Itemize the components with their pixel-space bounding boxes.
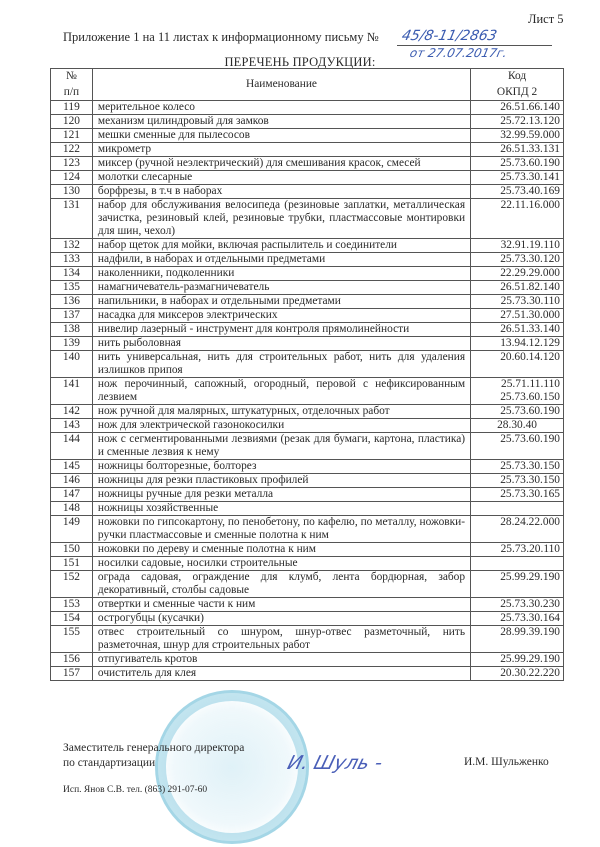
okpd2-code: 28.99.39.190	[471, 626, 564, 653]
row-number: 132	[51, 239, 93, 253]
okpd2-code-value: 25.73.30.165	[471, 488, 560, 501]
okpd2-code: 25.99.29.190	[471, 653, 564, 667]
row-number: 140	[51, 351, 93, 378]
appendix-caption: Приложение 1 на 11 листах к информационн…	[63, 30, 379, 45]
table-row: 153отвертки и сменные части к ним25.73.3…	[51, 598, 564, 612]
product-name: намагничеватель-размагничеватель	[92, 281, 470, 295]
product-name: нож перочинный, сапожный, огородный, пер…	[92, 378, 470, 405]
header-code: Код ОКПД 2	[471, 69, 564, 101]
okpd2-code	[471, 502, 564, 516]
okpd2-code-value: 20.60.14.120	[471, 351, 560, 364]
okpd2-code-value: 25.73.30.141	[471, 171, 560, 184]
row-number: 148	[51, 502, 93, 516]
okpd2-code: 25.73.30.165	[471, 488, 564, 502]
okpd2-code: 22.11.16.000	[471, 199, 564, 239]
row-number: 141	[51, 378, 93, 405]
table-row: 154острогубцы (кусачки)25.73.30.164	[51, 612, 564, 626]
product-name: механизм цилиндровый для замков	[92, 115, 470, 129]
product-name: ножовки по гипсокартону, по пенобетону, …	[92, 516, 470, 543]
okpd2-code-value: 26.51.33.131	[471, 143, 560, 156]
okpd2-code-value: 25.73.60.190	[471, 157, 560, 170]
row-number: 137	[51, 309, 93, 323]
okpd2-code: 25.73.20.110	[471, 543, 564, 557]
okpd2-code-value: 26.51.33.140	[471, 323, 560, 336]
okpd2-code: 25.73.60.190	[471, 157, 564, 171]
table-row: 133надфили, в наборах и отдельными предм…	[51, 253, 564, 267]
okpd2-code: 25.73.30.150	[471, 474, 564, 488]
okpd2-code-value: 25.73.30.150	[471, 460, 560, 473]
position-line-2: по стандартизации	[63, 756, 244, 771]
table-row: 130борфрезы, в т.ч в наборах25.73.40.169	[51, 185, 564, 199]
okpd2-code-value: 13.94.12.129	[471, 337, 560, 350]
product-name: нивелир лазерный - инструмент для контро…	[92, 323, 470, 337]
product-name: ножницы хозяйственные	[92, 502, 470, 516]
product-name: напильники, в наборах и отдельными предм…	[92, 295, 470, 309]
okpd2-code: 28.24.22.000	[471, 516, 564, 543]
product-name: насадка для миксеров электрических	[92, 309, 470, 323]
row-number: 131	[51, 199, 93, 239]
okpd2-code: 13.94.12.129	[471, 337, 564, 351]
row-number: 133	[51, 253, 93, 267]
okpd2-code-value: 22.11.16.000	[471, 199, 560, 212]
row-number: 136	[51, 295, 93, 309]
okpd2-code-value: 25.73.30.230	[471, 598, 560, 611]
okpd2-code-value: 25.73.30.164	[471, 612, 560, 625]
okpd2-code: 32.99.59.000	[471, 129, 564, 143]
row-number: 152	[51, 571, 93, 598]
okpd2-code: 27.51.30.000	[471, 309, 564, 323]
product-name: отпугиватель кротов	[92, 653, 470, 667]
row-number: 145	[51, 460, 93, 474]
okpd2-code: 26.51.66.140	[471, 101, 564, 115]
okpd2-code: 20.30.22.220	[471, 667, 564, 681]
okpd2-code-value: 25.73.30.150	[471, 474, 560, 487]
signatory-position: Заместитель генерального директора по ст…	[63, 741, 244, 771]
header-number: № п/п	[51, 69, 93, 101]
okpd2-code: 25.73.30.110	[471, 295, 564, 309]
row-number: 150	[51, 543, 93, 557]
row-number: 121	[51, 129, 93, 143]
product-name: набор щеток для мойки, включая распылите…	[92, 239, 470, 253]
okpd2-code: 25.73.30.164	[471, 612, 564, 626]
table-row: 141нож перочинный, сапожный, огородный, …	[51, 378, 564, 405]
okpd2-code: 25.73.30.150	[471, 460, 564, 474]
product-name: молотки слесарные	[92, 171, 470, 185]
product-name: носилки садовые, носилки строительные	[92, 557, 470, 571]
okpd2-code-value: 25.99.29.190	[471, 571, 560, 584]
product-name: отвес строительный со шнуром, шнур-отвес…	[92, 626, 470, 653]
table-row: 144нож с сегментированными лезвиями (рез…	[51, 433, 564, 460]
table-row: 140нить универсальная, нить для строител…	[51, 351, 564, 378]
row-number: 122	[51, 143, 93, 157]
table-row: 119мерительное колесо26.51.66.140	[51, 101, 564, 115]
okpd2-code-value: 32.91.19.110	[471, 239, 560, 252]
product-name: острогубцы (кусачки)	[92, 612, 470, 626]
okpd2-code: 25.73.30.120	[471, 253, 564, 267]
okpd2-code: 26.51.33.131	[471, 143, 564, 157]
product-name: набор для обслуживания велосипеда (резин…	[92, 199, 470, 239]
row-number: 156	[51, 653, 93, 667]
row-number: 144	[51, 433, 93, 460]
table-row: 121мешки сменные для пылесосов32.99.59.0…	[51, 129, 564, 143]
okpd2-code-value: 25.73.40.169	[471, 185, 560, 198]
table-header-row: № п/п Наименование Код ОКПД 2	[51, 69, 564, 101]
product-name: ножницы для резки пластиковых профилей	[92, 474, 470, 488]
table-row: 138нивелир лазерный - инструмент для кон…	[51, 323, 564, 337]
okpd2-code-value: 25.73.60.150	[471, 391, 560, 404]
table-row: 124молотки слесарные25.73.30.141	[51, 171, 564, 185]
row-number: 138	[51, 323, 93, 337]
table-row: 136напильники, в наборах и отдельными пр…	[51, 295, 564, 309]
product-name: нож с сегментированными лезвиями (резак …	[92, 433, 470, 460]
okpd2-code-value: 25.71.11.110	[471, 378, 560, 391]
header-code-line1: Код	[508, 70, 526, 82]
okpd2-code: 22.29.29.000	[471, 267, 564, 281]
row-number: 143	[51, 419, 93, 433]
row-number: 154	[51, 612, 93, 626]
okpd2-code: 26.51.33.140	[471, 323, 564, 337]
okpd2-code-value: 22.29.29.000	[471, 267, 560, 280]
row-number: 153	[51, 598, 93, 612]
row-number: 120	[51, 115, 93, 129]
row-number: 146	[51, 474, 93, 488]
okpd2-code	[471, 557, 564, 571]
table-row: 150ножовки по дереву и сменные полотна к…	[51, 543, 564, 557]
okpd2-code: 26.51.82.140	[471, 281, 564, 295]
row-number: 157	[51, 667, 93, 681]
okpd2-code: 25.73.30.141	[471, 171, 564, 185]
product-name: ограда садовая, ограждение для клумб, ле…	[92, 571, 470, 598]
product-name: мерительное колесо	[92, 101, 470, 115]
header-code-line2: ОКПД 2	[497, 86, 537, 98]
okpd2-code-value: 25.99.29.190	[471, 653, 560, 666]
table-row: 122микрометр26.51.33.131	[51, 143, 564, 157]
table-row: 120механизм цилиндровый для замков25.72.…	[51, 115, 564, 129]
product-name: микрометр	[92, 143, 470, 157]
handwritten-signature: И. Шуль -	[285, 752, 385, 774]
okpd2-code-value: 25.73.30.110	[471, 295, 560, 308]
header-number-line2: п/п	[64, 86, 79, 98]
table-row: 147ножницы ручные для резки металла25.73…	[51, 488, 564, 502]
product-name: отвертки и сменные части к ним	[92, 598, 470, 612]
row-number: 155	[51, 626, 93, 653]
okpd2-code-value: 25.73.60.190	[471, 405, 560, 418]
product-name: ножницы болторезные, болторез	[92, 460, 470, 474]
executor-contact: Исп. Янов С.В. тел. (863) 291-07-60	[63, 785, 207, 795]
okpd2-code: 32.91.19.110	[471, 239, 564, 253]
product-table: № п/п Наименование Код ОКПД 2 119мерител…	[50, 68, 564, 681]
row-number: 149	[51, 516, 93, 543]
okpd2-code-value: 26.51.82.140	[471, 281, 560, 294]
okpd2-code-value: 25.72.13.120	[471, 115, 560, 128]
okpd2-code-value: 25.73.60.190	[471, 433, 560, 446]
okpd2-code-value: 20.30.22.220	[471, 667, 560, 680]
header-number-line1: №	[66, 70, 77, 82]
product-name: борфрезы, в т.ч в наборах	[92, 185, 470, 199]
okpd2-code-value: 28.24.22.000	[471, 516, 560, 529]
row-number: 147	[51, 488, 93, 502]
row-number: 151	[51, 557, 93, 571]
okpd2-code: 25.71.11.11025.73.60.150	[471, 378, 564, 405]
okpd2-code: 25.73.40.169	[471, 185, 564, 199]
table-row: 123миксер (ручной неэлектрический) для с…	[51, 157, 564, 171]
okpd2-code-value: 28.99.39.190	[471, 626, 560, 639]
table-row: 152ограда садовая, ограждение для клумб,…	[51, 571, 564, 598]
table-row: 155отвес строительный со шнуром, шнур-от…	[51, 626, 564, 653]
table-row: 148ножницы хозяйственные	[51, 502, 564, 516]
table-row: 151носилки садовые, носилки строительные	[51, 557, 564, 571]
okpd2-code: 25.73.60.190	[471, 433, 564, 460]
table-row: 146ножницы для резки пластиковых профиле…	[51, 474, 564, 488]
table-row: 157очиститель для клея20.30.22.220	[51, 667, 564, 681]
product-name: очиститель для клея	[92, 667, 470, 681]
row-number: 130	[51, 185, 93, 199]
position-line-1: Заместитель генерального директора	[63, 741, 244, 756]
row-number: 124	[51, 171, 93, 185]
product-name: нож для электрической газонокосилки	[92, 419, 470, 433]
okpd2-code: 28.30.40	[471, 419, 564, 433]
table-row: 145ножницы болторезные, болторез25.73.30…	[51, 460, 564, 474]
table-row: 132набор щеток для мойки, включая распыл…	[51, 239, 564, 253]
okpd2-code-value	[471, 557, 560, 570]
okpd2-code: 20.60.14.120	[471, 351, 564, 378]
okpd2-code: 25.72.13.120	[471, 115, 564, 129]
table-body: 119мерительное колесо26.51.66.140120меха…	[51, 101, 564, 681]
table-row: 156отпугиватель кротов25.99.29.190	[51, 653, 564, 667]
okpd2-code-value: 27.51.30.000	[471, 309, 560, 322]
okpd2-code-value: 28.30.40	[471, 419, 563, 432]
table-row: 139нить рыболовная13.94.12.129	[51, 337, 564, 351]
table-row: 143нож для электрической газонокосилки28…	[51, 419, 564, 433]
product-name: ножницы ручные для резки металла	[92, 488, 470, 502]
table-row: 142нож ручной для малярных, штукатурных,…	[51, 405, 564, 419]
table-row: 149ножовки по гипсокартону, по пенобетон…	[51, 516, 564, 543]
table-row: 131набор для обслуживания велосипеда (ре…	[51, 199, 564, 239]
row-number: 139	[51, 337, 93, 351]
table-row: 134наколенники, подколенники22.29.29.000	[51, 267, 564, 281]
table-row: 135намагничеватель-размагничеватель26.51…	[51, 281, 564, 295]
okpd2-code-value: 26.51.66.140	[471, 101, 560, 114]
okpd2-code-value: 32.99.59.000	[471, 129, 560, 142]
product-name: нить универсальная, нить для строительны…	[92, 351, 470, 378]
row-number: 119	[51, 101, 93, 115]
table-row: 137насадка для миксеров электрических27.…	[51, 309, 564, 323]
row-number: 135	[51, 281, 93, 295]
okpd2-code-value: 25.73.20.110	[471, 543, 560, 556]
signatory-name: И.М. Шульженко	[464, 756, 549, 768]
okpd2-code: 25.73.30.230	[471, 598, 564, 612]
header-name: Наименование	[92, 69, 470, 101]
product-name: наколенники, подколенники	[92, 267, 470, 281]
row-number: 123	[51, 157, 93, 171]
handwritten-letter-number: 45/8-11/2863	[400, 28, 498, 44]
okpd2-code-value	[471, 502, 560, 515]
product-name: ножовки по дереву и сменные полотна к ни…	[92, 543, 470, 557]
product-name: нож ручной для малярных, штукатурных, от…	[92, 405, 470, 419]
row-number: 142	[51, 405, 93, 419]
okpd2-code: 25.73.60.190	[471, 405, 564, 419]
row-number: 134	[51, 267, 93, 281]
okpd2-code-value: 25.73.30.120	[471, 253, 560, 266]
sheet-number: Лист 5	[528, 12, 564, 27]
product-name: нить рыболовная	[92, 337, 470, 351]
okpd2-code: 25.99.29.190	[471, 571, 564, 598]
product-name: миксер (ручной неэлектрический) для смеш…	[92, 157, 470, 171]
product-name: мешки сменные для пылесосов	[92, 129, 470, 143]
product-name: надфили, в наборах и отдельными предмета…	[92, 253, 470, 267]
